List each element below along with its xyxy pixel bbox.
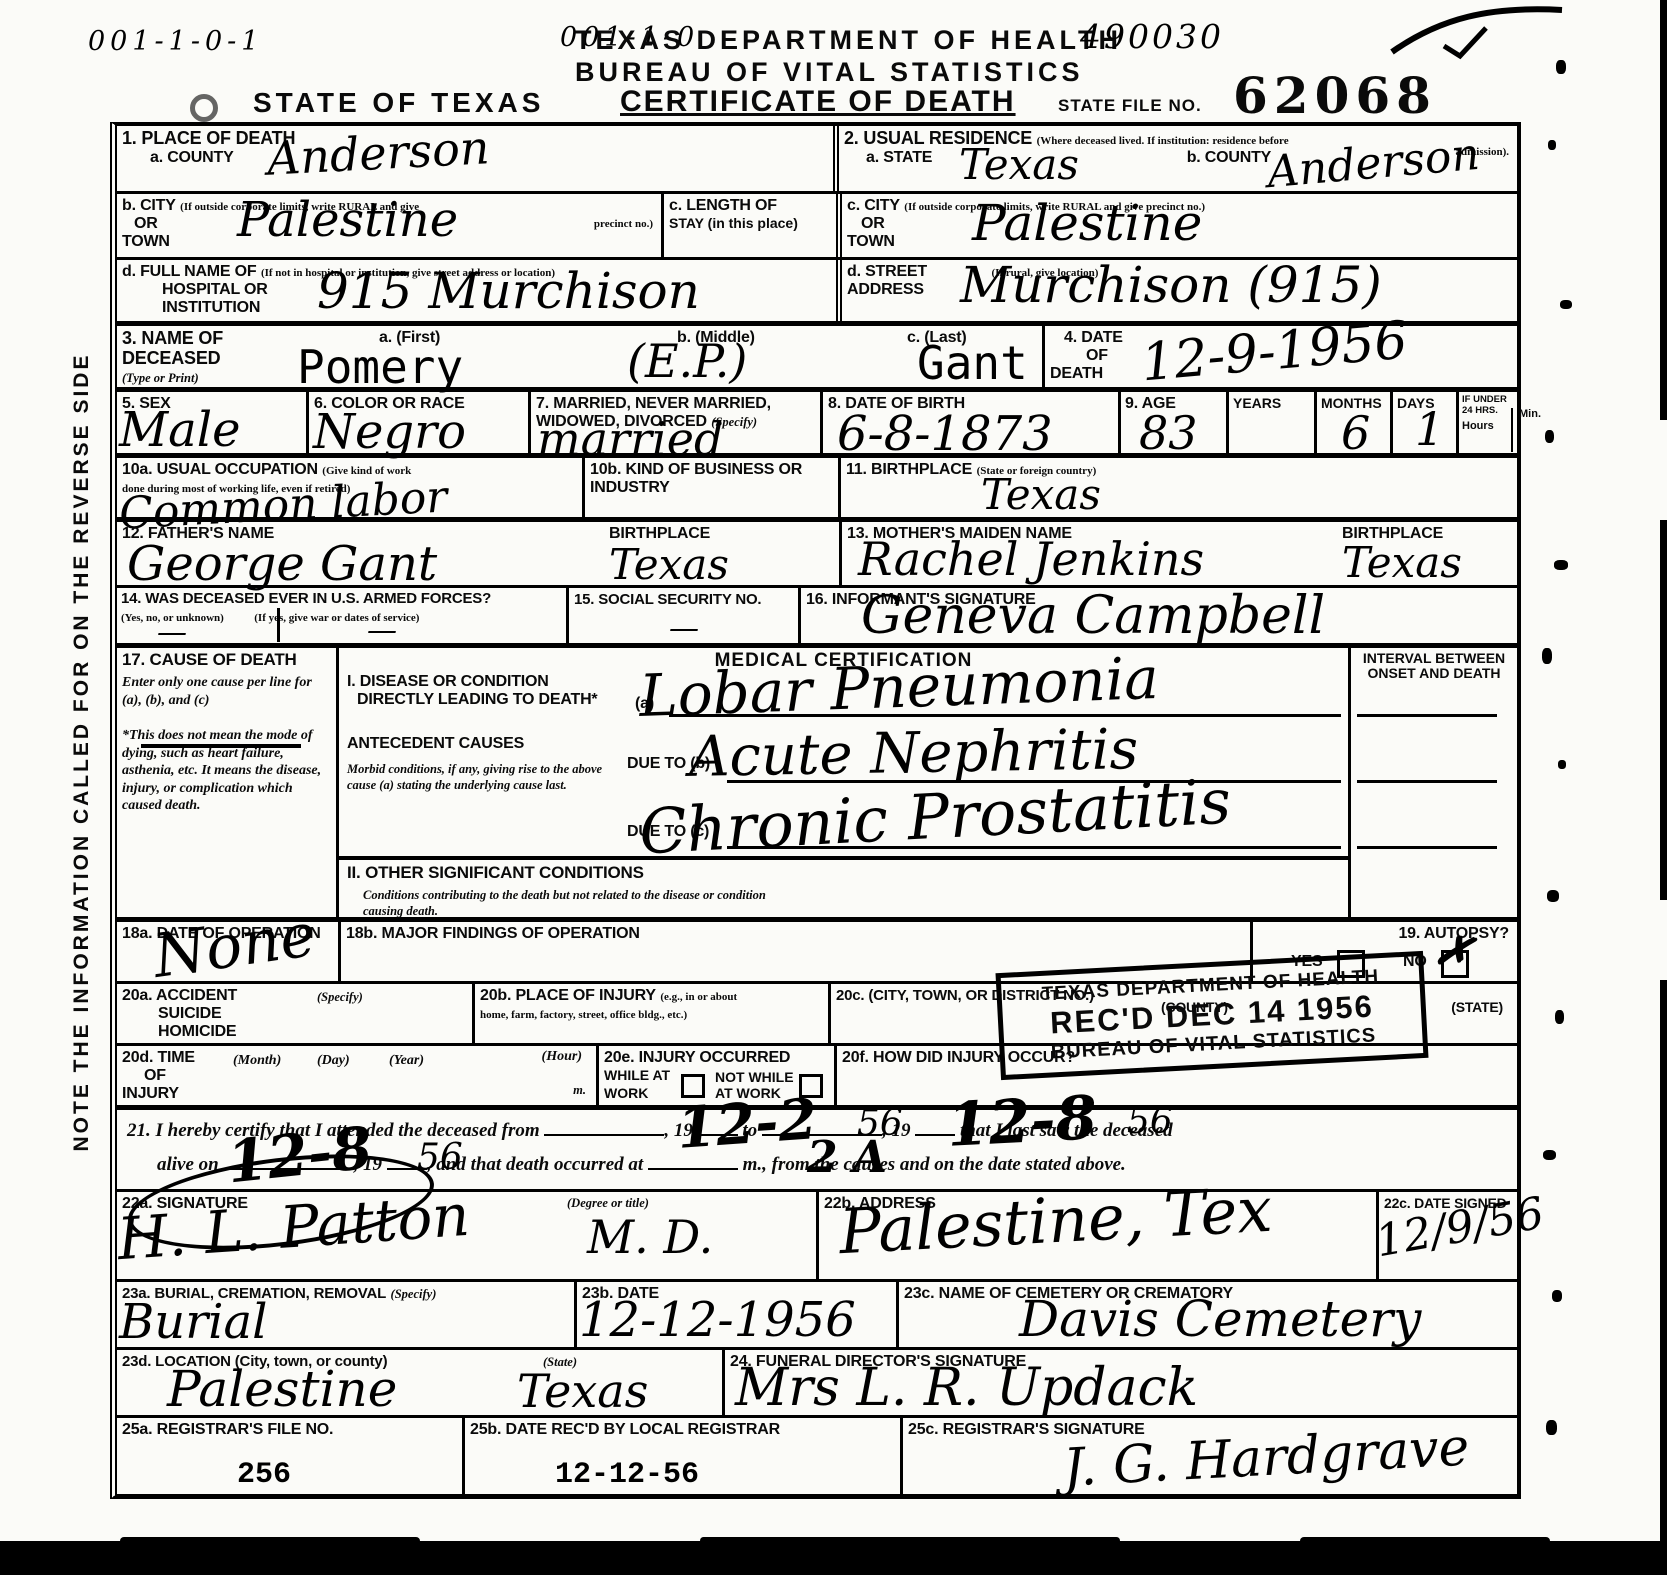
accident-label2: SUICIDE <box>158 1005 222 1022</box>
city-label: b. CITY <box>122 197 176 214</box>
field-registrar-date: 25b. DATE REC'D BY LOCAL REGISTRAR 12-12… <box>465 1418 903 1494</box>
field-interval: INTERVAL BETWEEN ONSET AND DEATH <box>1351 648 1517 917</box>
cert-to-date: 12-8 <box>946 1088 1099 1156</box>
street-label1: d. STREET <box>847 263 927 280</box>
field-date-signed: 22c. DATE SIGNED 12/9/56 <box>1379 1192 1517 1279</box>
field-race: 6. COLOR OR RACE Negro <box>309 392 531 453</box>
certificate-title: CERTIFICATE OF DEATH <box>620 86 1016 118</box>
burial-date-value: 12-12-1956 <box>579 1296 856 1344</box>
pen-checkmark-icon <box>1380 0 1570 60</box>
row-physician-signature: 22a. SIGNATURE (Degree or title) H. L. P… <box>117 1192 1517 1282</box>
hospital-value: 915 Murchison <box>317 266 700 316</box>
field-sex: 5. SEX Male <box>117 392 309 453</box>
field-cause-of-death-notes: 17. CAUSE OF DEATH Enter only one cause … <box>117 648 339 917</box>
ssn-value: — <box>669 614 699 644</box>
dod-label2: OF <box>1086 347 1108 364</box>
io-while1: WHILE AT <box>604 1067 670 1083</box>
handwritten-file-number: 490030 <box>1080 20 1224 53</box>
interval-line-a <box>1357 714 1497 717</box>
row-registrar: 25a. REGISTRAR'S FILE NO. 256 25b. DATE … <box>117 1418 1517 1494</box>
disease-label2: DIRECTLY LEADING TO DEATH* <box>357 692 597 709</box>
toi-year: (Year) <box>389 1052 424 1070</box>
field-place-of-injury: 20b. PLACE OF INJURY (e.g., in or about … <box>475 984 831 1043</box>
place-of-injury-fine: (e.g., in or about <box>660 991 737 1003</box>
scan-noise-dot <box>1543 1150 1556 1160</box>
physician-degree: M. D. <box>587 1214 713 1260</box>
registrar-date-value: 12-12-56 <box>555 1458 699 1492</box>
cert-to-year: 56 <box>1127 1104 1173 1140</box>
cause-note2: *This does not mean the mode of dying, s… <box>122 727 331 815</box>
age-years-label: YEARS <box>1233 395 1281 411</box>
cemetery-value: Davis Cemetery <box>1019 1294 1421 1344</box>
age-hours-label: Hours <box>1462 420 1494 432</box>
row-sex-race-age: 5. SEX Male 6. COLOR OR RACE Negro 7. MA… <box>117 392 1517 458</box>
age-days-value: 1 <box>1415 406 1444 452</box>
mother-value: Rachel Jenkins <box>858 536 1204 582</box>
hospital-label2: HOSPITAL OR <box>162 281 268 298</box>
res-city-town: TOWN <box>847 233 895 250</box>
occupation-label: 10a. USUAL OCCUPATION <box>122 461 318 478</box>
field-city-of-death: b. CITY (If outside corporate limits, wr… <box>117 194 664 257</box>
interval-label1: INTERVAL BETWEEN <box>1356 651 1512 666</box>
name-last-value: Gant <box>917 340 1028 386</box>
scan-noise-dot <box>1546 1420 1557 1435</box>
scan-noise-dot <box>1560 300 1572 309</box>
antecedent-note: Morbid conditions, if any, giving rise t… <box>347 762 617 793</box>
res-county-label: b. COUNTY <box>1187 149 1271 166</box>
row-burial: 23a. BURIAL, CREMATION, REMOVAL (Specify… <box>117 1282 1517 1350</box>
row-parents: 12. FATHER'S NAME BIRTHPLACE George Gant… <box>117 522 1517 588</box>
dob-value: 6-8-1873 <box>837 410 1053 458</box>
hospital-label1: d. FULL NAME OF <box>122 263 256 280</box>
name-middle-value: (E.P.) <box>627 338 747 384</box>
bureau-title: BUREAU OF VITAL STATISTICS <box>575 58 1084 86</box>
father-birthplace-value: Texas <box>609 544 729 586</box>
autopsy-no-mark: ✗ <box>1431 927 1476 978</box>
street-label2: ADDRESS <box>847 281 924 298</box>
interval-label2: ONSET AND DEATH <box>1356 666 1512 681</box>
operation-findings-label: 18b. MAJOR FINDINGS OF OPERATION <box>346 925 640 942</box>
field-medical-certification: MEDICAL CERTIFICATION I. DISEASE OR COND… <box>339 648 1351 917</box>
res-state-value: Texas <box>959 144 1079 186</box>
field-burial-date: 23b. DATE 12-12-1956 <box>577 1282 899 1347</box>
cert-from-date: 12-2 <box>675 1091 819 1157</box>
field-mother: 13. MOTHER'S MAIDEN NAME BIRTHPLACE Rach… <box>842 522 1517 585</box>
res-state-label: a. STATE <box>866 149 932 166</box>
toi-label1: 20d. TIME <box>122 1049 195 1066</box>
armed-value2: — <box>367 616 397 646</box>
toi-label2: OF <box>144 1067 166 1084</box>
accident-label1: 20a. ACCIDENT <box>122 987 237 1004</box>
state-file-no-label: STATE FILE NO. <box>1058 97 1202 115</box>
dod-value: 12-9-1956 <box>1139 314 1409 389</box>
field-res-city: c. CITY (If outside corporate limits, wr… <box>842 194 1517 257</box>
row-place-residence: 1. PLACE OF DEATH a. COUNTY Anderson 2. … <box>117 126 1517 194</box>
burial-fine: (Specify) <box>391 1287 437 1301</box>
scan-noise-right-edge <box>1660 520 1667 900</box>
field-accident: 20a. ACCIDENT (Specify) SUICIDE HOMICIDE <box>117 984 475 1043</box>
armed-value1: — <box>157 618 187 648</box>
dod-label1: 4. DATE <box>1064 329 1123 346</box>
ssn-label: 15. SOCIAL SECURITY NO. <box>574 591 761 608</box>
scan-noise <box>700 1537 1120 1544</box>
field-registrar-file-no: 25a. REGISTRAR'S FILE NO. 256 <box>117 1418 465 1494</box>
armed-label: 14. WAS DECEASED EVER IN U.S. ARMED FORC… <box>121 590 491 607</box>
field-informant: 16. INFORMANT'S SIGNATURE Geneva Campbel… <box>801 588 1517 643</box>
field-birthplace: 11. BIRTHPLACE (State or foreign country… <box>841 458 1517 517</box>
marital-value: married <box>537 416 723 462</box>
age-months-value: 6 <box>1341 410 1370 456</box>
location-value: Palestine <box>167 1364 397 1414</box>
sex-value: Male <box>119 406 241 454</box>
city-or: OR <box>134 215 158 232</box>
name-first-value: Pomery <box>297 344 463 390</box>
scan-noise-dot <box>1552 1290 1562 1302</box>
field-street-address: d. STREET (If rural, give location) ADDR… <box>842 260 1517 321</box>
scan-noise-dot <box>1547 890 1559 902</box>
field-ssn: 15. SOCIAL SECURITY NO. — <box>569 588 801 643</box>
io-not1: NOT WHILE <box>715 1070 794 1085</box>
divider <box>1511 408 1513 452</box>
state-file-number: 62068 <box>1233 66 1437 125</box>
informant-signature: Geneva Campbell <box>861 590 1325 642</box>
divider <box>141 744 301 748</box>
field-date-of-birth: 8. DATE OF BIRTH 6-8-1873 <box>823 392 1121 453</box>
stay-label2: STAY (in this place) <box>669 215 798 231</box>
dept-title: TEXAS DEPARTMENT OF HEALTH <box>575 26 1122 54</box>
field-cemetery: 23c. NAME OF CEMETERY OR CREMATORY Davis… <box>899 1282 1517 1347</box>
field-signature: 22a. SIGNATURE (Degree or title) H. L. P… <box>117 1192 819 1279</box>
name-label3: (Type or Print) <box>122 371 199 385</box>
dod-label3: DEATH <box>1050 365 1103 382</box>
field-date-of-death: 4. DATE OF DEATH 12-9-1956 <box>1045 326 1517 387</box>
interval-line-b <box>1357 780 1497 783</box>
margin-code-1: 001-1-0-1 <box>88 28 263 55</box>
field-business: 10b. KIND OF BUSINESS OR INDUSTRY <box>585 458 841 517</box>
registrar-file-label: 25a. REGISTRAR'S FILE NO. <box>122 1421 333 1438</box>
other-conditions-note: Conditions contributing to the death but… <box>363 888 783 919</box>
row-city: b. CITY (If outside corporate limits, wr… <box>117 194 1517 260</box>
field-usual-residence: 2. USUAL RESIDENCE (Where deceased lived… <box>839 126 1517 191</box>
scan-noise-dot <box>1545 430 1554 443</box>
scan-noise <box>120 1537 420 1545</box>
row-hospital: d. FULL NAME OF (If not in hospital or i… <box>117 260 1517 326</box>
father-value: George Gant <box>127 540 437 588</box>
field-registrar-signature: 25c. REGISTRAR'S SIGNATURE J. G. Hardgra… <box>903 1418 1517 1494</box>
row-name: 3. NAME OF a. (First) b. (Middle) c. (La… <box>117 326 1517 392</box>
accident-fine: (Specify) <box>317 990 363 1006</box>
city-fine2: precinct no.) <box>594 218 653 230</box>
io-label: 20e. INJURY OCCURRED <box>604 1049 790 1066</box>
certificate-form: 1. PLACE OF DEATH a. COUNTY Anderson 2. … <box>110 122 1521 1499</box>
scan-noise-right-edge <box>1660 0 1667 420</box>
accident-label3: HOMICIDE <box>158 1023 236 1040</box>
scan-noise <box>1300 1537 1550 1546</box>
burial-value: Burial <box>119 1298 267 1346</box>
scan-noise-dot <box>1548 140 1556 150</box>
cause-label: 17. CAUSE OF DEATH <box>122 650 297 669</box>
field-burial-location: 23d. LOCATION (City, town, or county) (S… <box>117 1350 725 1415</box>
io-while2: WORK <box>604 1085 648 1101</box>
injury-state-label: (STATE) <box>1451 1000 1503 1015</box>
toi-m: m. <box>573 1083 586 1099</box>
cause-note1: Enter only one cause per line for (a), (… <box>122 674 331 709</box>
row-medical-certification: 17. CAUSE OF DEATH Enter only one cause … <box>117 648 1517 922</box>
field-age: 9. AGE 83 YEARS MONTHS 6 DAYS 1 IF UNDER… <box>1121 392 1517 453</box>
age-years-value: 83 <box>1139 410 1198 456</box>
name-label2: DECEASED <box>122 348 220 368</box>
row-location-director: 23d. LOCATION (City, town, or county) (S… <box>117 1350 1517 1418</box>
field-operation-date: 18a. DATE OF OPERATION None <box>117 922 341 981</box>
county-label: a. COUNTY <box>150 149 234 166</box>
cert-text-9: m., from the causes and on the date stat… <box>743 1154 1126 1175</box>
business-label: 10b. KIND OF BUSINESS OR INDUSTRY <box>590 461 802 496</box>
state-of-texas: STATE OF TEXAS <box>253 88 544 117</box>
field-armed-forces: 14. WAS DECEASED EVER IN U.S. ARMED FORC… <box>117 588 569 643</box>
registrar-file-value: 256 <box>237 1458 291 1492</box>
stay-label: c. LENGTH OF <box>669 197 777 214</box>
interval-line-c <box>1357 846 1497 849</box>
row-occupation: 10a. USUAL OCCUPATION (Give kind of work… <box>117 458 1517 522</box>
birthplace-label: 11. BIRTHPLACE <box>846 461 972 478</box>
scan-noise-dot <box>1555 1010 1564 1024</box>
city-town: TOWN <box>122 233 170 250</box>
scan-noise-dot <box>1542 648 1552 664</box>
cert-blank-1 <box>544 1120 664 1136</box>
field-place-of-death: 1. PLACE OF DEATH a. COUNTY Anderson <box>117 126 839 191</box>
mother-birthplace-value: Texas <box>1342 542 1462 584</box>
scan-noise-bottom-band <box>0 1541 1667 1575</box>
age-under24-label: IF UNDER 24 HRS. <box>1462 394 1514 416</box>
field-burial: 23a. BURIAL, CREMATION, REMOVAL (Specify… <box>117 1282 577 1347</box>
race-value: Negro <box>313 408 466 456</box>
toi-label3: INJURY <box>122 1085 179 1102</box>
divider <box>277 608 280 642</box>
field-father: 12. FATHER'S NAME BIRTHPLACE George Gant… <box>117 522 842 585</box>
field-funeral-director: 24. FUNERAL DIRECTOR'S SIGNATURE Mrs L. … <box>725 1350 1517 1415</box>
scan-noise-dot <box>1558 760 1566 769</box>
field-address: 22b. ADDRESS Palestine, Tex <box>819 1192 1379 1279</box>
toi-month: (Month) <box>233 1052 281 1070</box>
hospital-label3: INSTITUTION <box>162 299 260 316</box>
res-city-label: c. CITY <box>847 197 900 214</box>
scan-noise-dot <box>1554 560 1568 570</box>
row-armed-ssn-informant: 14. WAS DECEASED EVER IN U.S. ARMED FORC… <box>117 588 1517 648</box>
address-value: Palestine, Tex <box>838 1179 1274 1264</box>
field-occupation: 10a. USUAL OCCUPATION (Give kind of work… <box>117 458 585 517</box>
field-hospital: d. FULL NAME OF (If not in hospital or i… <box>117 260 842 321</box>
received-stamp: TEXAS DEPARTMENT OF HEALTH REC'D DEC 14 … <box>995 951 1428 1080</box>
field-length-of-stay: c. LENGTH OF STAY (in this place) <box>664 194 842 257</box>
registrar-date-label: 25b. DATE REC'D BY LOCAL REGISTRAR <box>470 1421 780 1438</box>
field-marital: 7. MARRIED, NEVER MARRIED, WIDOWED, DIVO… <box>531 392 823 453</box>
location-state-value: Texas <box>517 1368 648 1414</box>
field-name-of-deceased: 3. NAME OF a. (First) b. (Middle) c. (La… <box>117 326 1045 387</box>
name-label1: 3. NAME OF <box>122 328 223 348</box>
reverse-side-note: NOTE THE INFORMATION CALLED FOR ON THE R… <box>70 282 94 1222</box>
cause-a-value: Lobar Pneumonia <box>638 649 1159 725</box>
street-value: Murchison (915) <box>960 260 1382 310</box>
field-time-of-injury: 20d. TIME (Month) (Day) (Year) (Hour) OF… <box>117 1046 599 1105</box>
res-city-value: Palestine <box>972 198 1202 248</box>
disease-label1: I. DISEASE OR CONDITION <box>347 674 549 691</box>
county-value: Anderson <box>266 124 491 182</box>
toi-day: (Day) <box>317 1052 350 1070</box>
res-county-value: Anderson <box>1265 133 1481 195</box>
scan-noise-dot <box>1556 60 1566 74</box>
marital-label1: 7. MARRIED, NEVER MARRIED, <box>536 395 771 412</box>
death-certificate-scan: 001-1-0-1 001-1-0 TEXAS DEPARTMENT OF HE… <box>0 0 1667 1575</box>
antecedent-label: ANTECEDENT CAUSES <box>347 736 524 753</box>
other-conditions-label: II. OTHER SIGNIFICANT CONDITIONS <box>347 864 644 882</box>
scan-noise-right-edge <box>1660 980 1667 1575</box>
res-city-or: OR <box>861 215 885 232</box>
cert-time-value: 2 A <box>807 1136 887 1180</box>
place-of-injury-label: 20b. PLACE OF INJURY <box>480 987 656 1004</box>
age-min-label: Min. <box>1519 408 1541 420</box>
toi-hour: (Hour) <box>542 1048 582 1066</box>
birthplace-value: Texas <box>981 474 1101 516</box>
city-value: Palestine <box>237 196 458 244</box>
place-of-injury-fine2: home, farm, factory, street, office bldg… <box>480 1009 687 1021</box>
funeral-director-signature: Mrs L. R. Updack <box>735 1362 1198 1414</box>
seal-mark-icon <box>190 94 218 122</box>
